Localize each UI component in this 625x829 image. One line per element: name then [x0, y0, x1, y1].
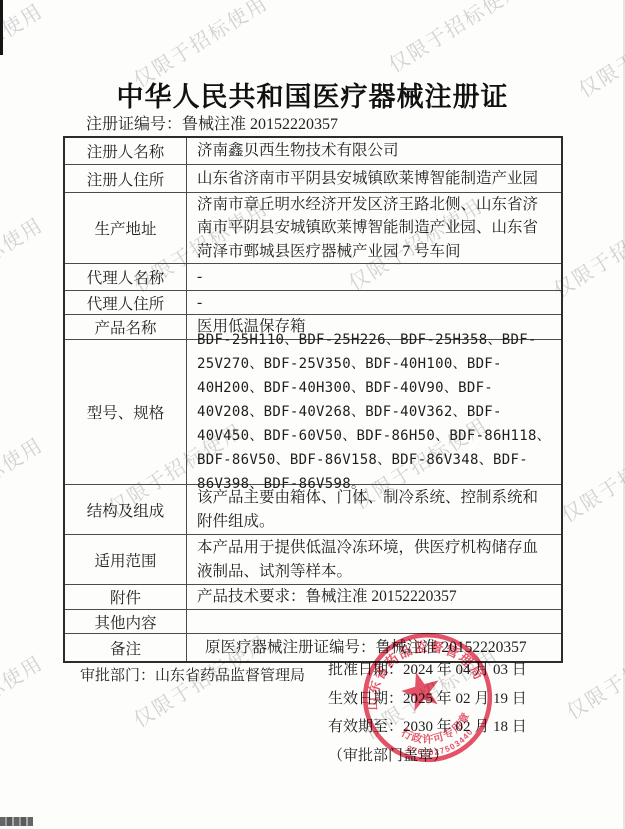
cert-table: 注册人名称 济南鑫贝西生物技术有限公司 注册人住所 山东省济南市平阴县安城镇欧莱… — [63, 136, 563, 663]
certificate-title: 中华人民共和国医疗器械注册证 — [0, 75, 625, 114]
reg-number-label: 注册证编号： — [86, 116, 182, 133]
row-label: 附件 — [65, 585, 187, 609]
table-row: 附件 产品技术要求：鲁械注准 20152220357 — [65, 584, 561, 609]
watermark-text: 仅限于招标使用 — [555, 422, 625, 528]
row-label: 产品名称 — [65, 315, 187, 339]
reg-number-value: 鲁械注准 20152220357 — [182, 116, 338, 133]
table-row: 结构及组成 该产品主要由箱体、门体、制冷系统、控制系统和附件组成。 — [65, 484, 561, 534]
row-label: 适用范围 — [65, 535, 187, 584]
table-row: 生产地址 济南市章丘明水经济开发区济王路北侧、山东省济南市平阴县安城镇欧莱博智能… — [65, 192, 561, 263]
watermark-text: 仅限于招标使用 — [382, 0, 528, 78]
seal-star-icon — [397, 667, 445, 713]
row-label: 结构及组成 — [65, 485, 187, 534]
approval-dept-label: 审批部门： — [80, 668, 155, 684]
reg-number-line: 注册证编号：鲁械注准 20152220357 — [86, 111, 338, 134]
row-label: 代理人住所 — [65, 291, 187, 314]
scan-artifact-top-left — [0, 0, 3, 55]
table-row: 代理人名称 - — [65, 263, 561, 290]
table-row: 注册人住所 山东省济南市平阴县安城镇欧莱博智能制造产业园 — [65, 164, 561, 192]
watermark-text: 仅限于招标使用 — [0, 647, 48, 753]
row-value: 济南市章丘明水经济开发区济王路北侧、山东省济南市平阴县安城镇欧莱博智能制造产业园… — [187, 193, 561, 263]
watermark-text: 仅限于招标使用 — [560, 619, 625, 725]
table-row: 其他内容 — [65, 609, 561, 633]
row-label: 注册人住所 — [65, 165, 187, 192]
row-label: 注册人名称 — [65, 138, 187, 164]
row-value: BDF-25H110、BDF-25H226、BDF-25H358、BDF-25V… — [187, 340, 561, 484]
row-value: 山东省济南市平阴县安城镇欧莱博智能制造产业园 — [187, 165, 561, 192]
approval-dept-value: 山东省药品监督管理局 — [155, 668, 305, 684]
row-value: - — [187, 264, 561, 290]
row-value: - — [187, 291, 561, 314]
row-label: 备注 — [65, 634, 187, 661]
row-value: 该产品主要由箱体、门体、制冷系统、控制系统和附件组成。 — [187, 485, 561, 534]
table-row: 代理人住所 - — [65, 290, 561, 314]
row-label: 其他内容 — [65, 610, 187, 633]
approval-dept-line: 审批部门：山东省药品监督管理局 — [80, 664, 305, 685]
table-row: 型号、规格 BDF-25H110、BDF-25H226、BDF-25H358、B… — [65, 339, 561, 484]
row-value: 济南鑫贝西生物技术有限公司 — [187, 138, 561, 164]
row-label: 生产地址 — [65, 193, 187, 263]
row-label: 代理人名称 — [65, 264, 187, 290]
row-value: 产品技术要求：鲁械注准 20152220357 — [187, 585, 561, 609]
watermark-text: 仅限于招标使用 — [0, 209, 48, 315]
row-value: 本产品用于提供低温冷冻环境，供医疗机构储存血液制品、试剂等样本。 — [187, 535, 561, 584]
table-row: 注册人名称 济南鑫贝西生物技术有限公司 — [65, 138, 561, 164]
watermark-text: 仅限于招标使用 — [0, 429, 48, 535]
scan-artifact-bottom-left — [0, 817, 33, 826]
row-label: 型号、规格 — [65, 340, 187, 484]
row-value — [187, 610, 561, 633]
certificate-page: 仅限于招标使用仅限于招标使用仅限于招标使用仅限于招标使用仅限于招标使用仅限于招标… — [0, 0, 625, 829]
table-row: 适用范围 本产品用于提供低温冷冻环境，供医疗机构储存血液制品、试剂等样本。 — [65, 534, 561, 584]
